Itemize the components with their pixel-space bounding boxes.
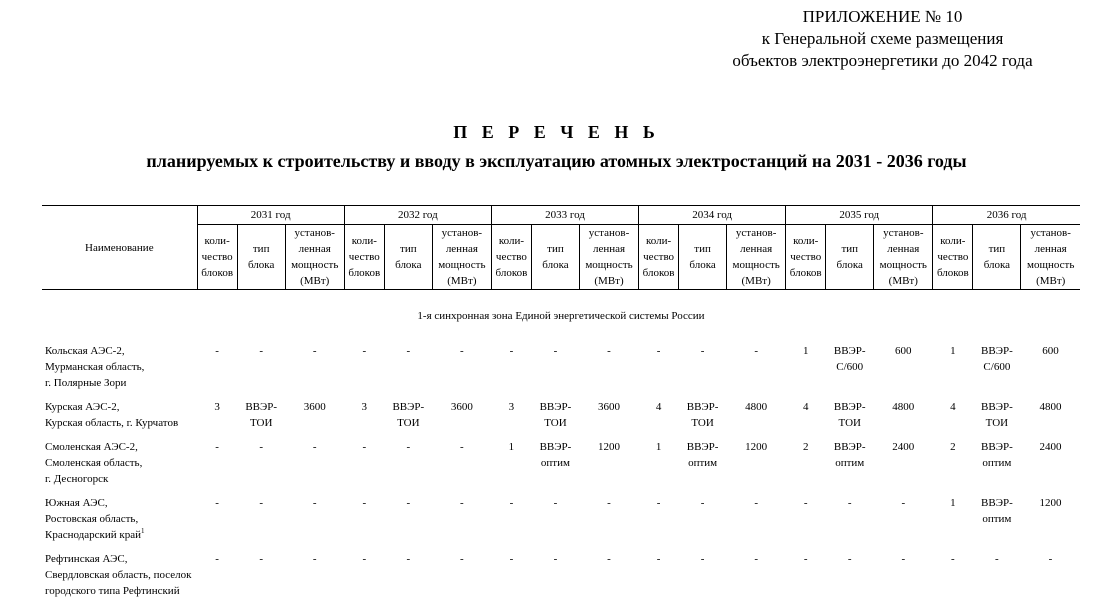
station-name: Рефтинская АЭС,Свердловская область, пос…	[42, 551, 197, 600]
block-type-header: типблока	[826, 225, 874, 290]
installed-power-cell: 1200	[727, 439, 786, 495]
installed-power-cell: -	[1021, 551, 1080, 600]
document-title: П Е Р Е Ч Е Н Ь	[0, 122, 1113, 143]
installed-power-cell: 4800	[1021, 399, 1080, 439]
header-line: чество	[346, 249, 383, 265]
block-type-line: -	[827, 495, 873, 511]
header-line: (МВт)	[875, 273, 931, 289]
block-count-cell: 1	[933, 343, 973, 399]
header-line: коли-	[199, 233, 236, 249]
block-type-cell: ВВЭР-С/600	[973, 343, 1021, 399]
block-count-cell: -	[491, 495, 531, 551]
header-line: чество	[640, 249, 677, 265]
block-count-cell: -	[491, 551, 531, 600]
block-type-line: оптим	[680, 455, 726, 471]
block-type-cell: ВВЭР-ТОИ	[826, 399, 874, 439]
block-type-line: ВВЭР-	[974, 495, 1020, 511]
block-count-cell: 4	[933, 399, 973, 439]
header-line: блоков	[493, 265, 530, 281]
block-type-header: типблока	[679, 225, 727, 290]
block-type-cell: ВВЭР-ТОИ	[679, 399, 727, 439]
header-line: блока	[533, 257, 578, 273]
block-type-line: -	[680, 551, 726, 567]
header-line: чество	[493, 249, 530, 265]
header-line: ленная	[728, 241, 784, 257]
installed-power-cell: 4800	[727, 399, 786, 439]
header-line: блоков	[640, 265, 677, 281]
block-type-cell: -	[679, 343, 727, 399]
block-type-cell: ВВЭР-С/600	[826, 343, 874, 399]
header-line: (МВт)	[581, 273, 637, 289]
block-type-line: ТОИ	[532, 415, 578, 431]
block-type-line: ТОИ	[385, 415, 431, 431]
block-count-cell: 3	[344, 399, 384, 439]
header-line: коли-	[787, 233, 824, 249]
block-type-line: -	[385, 551, 431, 567]
block-count-cell: -	[639, 551, 679, 600]
block-type-cell: -	[237, 343, 285, 399]
header-line: тип	[680, 241, 725, 257]
block-type-line: -	[238, 439, 284, 455]
appendix-header: ПРИЛОЖЕНИЕ № 10 к Генеральной схеме разм…	[700, 6, 1065, 72]
header-line: блока	[974, 257, 1019, 273]
table-row: Рефтинская АЭС,Свердловская область, пос…	[42, 551, 1080, 600]
installed-power-cell: -	[579, 495, 638, 551]
block-count-cell: 4	[786, 399, 826, 439]
header-line: коли-	[640, 233, 677, 249]
block-count-cell: -	[344, 495, 384, 551]
station-name-line: Смоленская АЭС-2,	[45, 439, 196, 455]
station-name-line: Южная АЭС,	[45, 495, 196, 511]
block-type-line: -	[532, 343, 578, 359]
block-type-cell: -	[237, 495, 285, 551]
block-type-cell: -	[679, 495, 727, 551]
installed-power-header: установ-леннаямощность(МВт)	[285, 225, 344, 290]
header-line: тип	[827, 241, 872, 257]
zone-label: 1-я синхронная зона Единой энергетическо…	[42, 290, 1080, 344]
installed-power-header: установ-леннаямощность(МВт)	[432, 225, 491, 290]
block-count-cell: 1	[786, 343, 826, 399]
block-type-cell: -	[826, 495, 874, 551]
block-count-cell: -	[786, 551, 826, 600]
npp-table: Наименование 2031 год2032 год2033 год203…	[42, 205, 1080, 600]
block-count-cell: -	[344, 343, 384, 399]
block-type-cell: ВВЭР-оптим	[826, 439, 874, 495]
block-count-cell: -	[933, 551, 973, 600]
header-line: тип	[974, 241, 1019, 257]
installed-power-header: установ-леннаямощность(МВт)	[874, 225, 933, 290]
installed-power-cell: -	[579, 343, 638, 399]
block-type-cell: -	[531, 343, 579, 399]
installed-power-cell: -	[579, 551, 638, 600]
name-column-header: Наименование	[42, 206, 197, 290]
station-name-line: Рефтинская АЭС,	[45, 551, 196, 567]
station-name: Кольская АЭС-2,Мурманская область,г. Пол…	[42, 343, 197, 399]
block-count-cell: 2	[933, 439, 973, 495]
block-count-cell: -	[344, 439, 384, 495]
block-type-cell: -	[531, 551, 579, 600]
year-header: 2036 год	[933, 206, 1080, 225]
year-header: 2031 год	[197, 206, 344, 225]
installed-power-cell: 3600	[579, 399, 638, 439]
header-line: мощность	[434, 257, 490, 273]
header-line: установ-	[581, 225, 637, 241]
block-type-line: ВВЭР-	[974, 439, 1020, 455]
appendix-ref-line2: объектов электроэнергетики до 2042 года	[700, 50, 1065, 72]
header-line: чество	[199, 249, 236, 265]
station-name: Курская АЭС-2,Курская область, г. Курчат…	[42, 399, 197, 439]
block-type-line: ВВЭР-	[385, 399, 431, 415]
year-header: 2033 год	[491, 206, 638, 225]
installed-power-header: установ-леннаямощность(МВт)	[727, 225, 786, 290]
block-type-line: -	[532, 495, 578, 511]
header-line: установ-	[1022, 225, 1079, 241]
station-name: Смоленская АЭС-2,Смоленская область,г. Д…	[42, 439, 197, 495]
block-count-header: коли-чествоблоков	[344, 225, 384, 290]
installed-power-cell: 4800	[874, 399, 933, 439]
block-type-cell: ВВЭР-ТОИ	[237, 399, 285, 439]
header-line: мощность	[728, 257, 784, 273]
installed-power-cell: -	[285, 551, 344, 600]
station-name-line: Курская область, г. Курчатов	[45, 415, 196, 431]
footnote-marker: 1	[141, 527, 145, 535]
block-type-line: -	[680, 343, 726, 359]
block-type-cell: ВВЭР-ТОИ	[384, 399, 432, 439]
block-type-cell: -	[237, 551, 285, 600]
installed-power-cell: 3600	[285, 399, 344, 439]
installed-power-cell: -	[874, 551, 933, 600]
block-type-header: типблока	[384, 225, 432, 290]
station-name: Южная АЭС,Ростовская область,Краснодарск…	[42, 495, 197, 551]
table-row: Курская АЭС-2,Курская область, г. Курчат…	[42, 399, 1080, 439]
block-type-line: ВВЭР-	[532, 439, 578, 455]
header-line: коли-	[934, 233, 971, 249]
block-count-cell: -	[491, 343, 531, 399]
header-line: тип	[386, 241, 431, 257]
installed-power-cell: -	[285, 495, 344, 551]
installed-power-cell: 600	[874, 343, 933, 399]
block-count-header: коли-чествоблоков	[491, 225, 531, 290]
installed-power-cell: -	[727, 343, 786, 399]
block-type-line: -	[385, 439, 431, 455]
block-count-cell: 1	[933, 495, 973, 551]
block-type-line: С/600	[974, 359, 1020, 375]
block-count-cell: 3	[491, 399, 531, 439]
block-type-cell: -	[384, 343, 432, 399]
header-line: установ-	[728, 225, 784, 241]
installed-power-cell: -	[727, 495, 786, 551]
station-name-line: Свердловская область, поселок	[45, 567, 196, 583]
header-line: ленная	[1022, 241, 1079, 257]
block-type-line: -	[385, 343, 431, 359]
station-name-line: Смоленская область,	[45, 455, 196, 471]
block-count-header: коли-чествоблоков	[197, 225, 237, 290]
installed-power-cell: -	[285, 343, 344, 399]
block-type-cell: ВВЭР-ТОИ	[973, 399, 1021, 439]
block-type-line: оптим	[974, 455, 1020, 471]
installed-power-cell: 3600	[432, 399, 491, 439]
station-name-line: городского типа Рефтинский	[45, 583, 196, 599]
block-count-cell: 1	[639, 439, 679, 495]
block-type-line: ТОИ	[680, 415, 726, 431]
station-name-line: Краснодарский край1	[45, 527, 196, 543]
year-header: 2035 год	[786, 206, 933, 225]
block-count-header: коли-чествоблоков	[639, 225, 679, 290]
block-count-cell: -	[639, 495, 679, 551]
block-type-line: ВВЭР-	[827, 399, 873, 415]
station-name-line: Курская АЭС-2,	[45, 399, 196, 415]
header-line: мощность	[287, 257, 343, 273]
header-line: мощность	[1022, 257, 1079, 273]
header-line: блоков	[787, 265, 824, 281]
header-line: (МВт)	[728, 273, 784, 289]
installed-power-cell: 2400	[874, 439, 933, 495]
station-name-line: Мурманская область,	[45, 359, 196, 375]
header-line: чество	[934, 249, 971, 265]
block-type-cell: -	[531, 495, 579, 551]
station-name-line: г. Полярные Зори	[45, 375, 196, 391]
block-type-cell: -	[384, 495, 432, 551]
block-type-cell: ВВЭР-оптим	[973, 439, 1021, 495]
block-type-line: -	[974, 551, 1020, 567]
block-count-cell: -	[344, 551, 384, 600]
block-type-line: ТОИ	[238, 415, 284, 431]
installed-power-cell: -	[432, 495, 491, 551]
block-type-cell: ВВЭР-ТОИ	[531, 399, 579, 439]
block-type-line: -	[680, 495, 726, 511]
installed-power-cell: 1200	[579, 439, 638, 495]
installed-power-header: установ-леннаямощность(МВт)	[1021, 225, 1080, 290]
installed-power-cell: 600	[1021, 343, 1080, 399]
installed-power-cell: -	[432, 551, 491, 600]
block-type-header: типблока	[237, 225, 285, 290]
block-type-line: ВВЭР-	[827, 439, 873, 455]
block-count-header: коли-чествоблоков	[786, 225, 826, 290]
header-line: ленная	[875, 241, 931, 257]
appendix-number: ПРИЛОЖЕНИЕ № 10	[700, 6, 1065, 28]
header-line: тип	[533, 241, 578, 257]
table-row: Южная АЭС,Ростовская область,Краснодарск…	[42, 495, 1080, 551]
installed-power-cell: -	[285, 439, 344, 495]
block-count-cell: -	[786, 495, 826, 551]
block-type-line: оптим	[532, 455, 578, 471]
header-line: мощность	[581, 257, 637, 273]
table-row: Кольская АЭС-2,Мурманская область,г. Пол…	[42, 343, 1080, 399]
block-type-line: ТОИ	[827, 415, 873, 431]
block-type-line: оптим	[827, 455, 873, 471]
block-count-cell: -	[197, 343, 237, 399]
block-type-line: -	[532, 551, 578, 567]
block-type-cell: ВВЭР-оптим	[973, 495, 1021, 551]
block-type-line: ВВЭР-	[680, 399, 726, 415]
header-line: блока	[386, 257, 431, 273]
table-row: Смоленская АЭС-2,Смоленская область,г. Д…	[42, 439, 1080, 495]
block-type-line: ВВЭР-	[680, 439, 726, 455]
block-type-line: С/600	[827, 359, 873, 375]
block-count-cell: -	[197, 551, 237, 600]
block-type-line: ВВЭР-	[974, 343, 1020, 359]
header-line: установ-	[287, 225, 343, 241]
block-type-cell: ВВЭР-оптим	[531, 439, 579, 495]
installed-power-cell: -	[432, 343, 491, 399]
block-count-header: коли-чествоблоков	[933, 225, 973, 290]
header-line: блока	[827, 257, 872, 273]
header-line: блока	[239, 257, 284, 273]
block-type-line: -	[385, 495, 431, 511]
block-count-cell: -	[197, 439, 237, 495]
header-line: ленная	[287, 241, 343, 257]
station-name-line: Кольская АЭС-2,	[45, 343, 196, 359]
block-count-cell: -	[639, 343, 679, 399]
block-type-cell: -	[384, 551, 432, 600]
document-subtitle: планируемых к строительству и вводу в эк…	[0, 151, 1113, 172]
installed-power-cell: -	[432, 439, 491, 495]
block-type-cell: -	[973, 551, 1021, 600]
block-type-cell: -	[237, 439, 285, 495]
header-line: блоков	[199, 265, 236, 281]
header-line: коли-	[346, 233, 383, 249]
installed-power-cell: 2400	[1021, 439, 1080, 495]
header-line: тип	[239, 241, 284, 257]
block-count-cell: 2	[786, 439, 826, 495]
header-line: чество	[787, 249, 824, 265]
header-line: мощность	[875, 257, 931, 273]
appendix-ref-line1: к Генеральной схеме размещения	[700, 28, 1065, 50]
installed-power-cell: -	[874, 495, 933, 551]
header-line: (МВт)	[434, 273, 490, 289]
block-type-line: -	[827, 551, 873, 567]
header-line: блоков	[346, 265, 383, 281]
block-type-header: типблока	[531, 225, 579, 290]
installed-power-header: установ-леннаямощность(МВт)	[579, 225, 638, 290]
station-name-line: Ростовская область,	[45, 511, 196, 527]
block-type-line: -	[238, 343, 284, 359]
header-line: (МВт)	[1022, 273, 1079, 289]
block-type-line: оптим	[974, 511, 1020, 527]
block-type-cell: -	[826, 551, 874, 600]
installed-power-cell: -	[727, 551, 786, 600]
block-type-line: ТОИ	[974, 415, 1020, 431]
block-type-cell: -	[384, 439, 432, 495]
header-line: ленная	[581, 241, 637, 257]
station-name-line: г. Десногорск	[45, 471, 196, 487]
block-type-line: ВВЭР-	[532, 399, 578, 415]
block-type-cell: ВВЭР-оптим	[679, 439, 727, 495]
header-line: ленная	[434, 241, 490, 257]
installed-power-cell: 1200	[1021, 495, 1080, 551]
header-line: установ-	[434, 225, 490, 241]
block-type-line: ВВЭР-	[827, 343, 873, 359]
block-type-line: -	[238, 551, 284, 567]
block-type-line: ВВЭР-	[238, 399, 284, 415]
block-type-header: типблока	[973, 225, 1021, 290]
block-type-line: -	[238, 495, 284, 511]
header-line: коли-	[493, 233, 530, 249]
header-line: блока	[680, 257, 725, 273]
header-line: установ-	[875, 225, 931, 241]
block-count-cell: 1	[491, 439, 531, 495]
block-count-cell: 3	[197, 399, 237, 439]
block-count-cell: -	[197, 495, 237, 551]
block-type-line: ВВЭР-	[974, 399, 1020, 415]
header-line: (МВт)	[287, 273, 343, 289]
year-header: 2032 год	[344, 206, 491, 225]
header-line: блоков	[934, 265, 971, 281]
year-header: 2034 год	[639, 206, 786, 225]
block-type-cell: -	[679, 551, 727, 600]
block-count-cell: 4	[639, 399, 679, 439]
